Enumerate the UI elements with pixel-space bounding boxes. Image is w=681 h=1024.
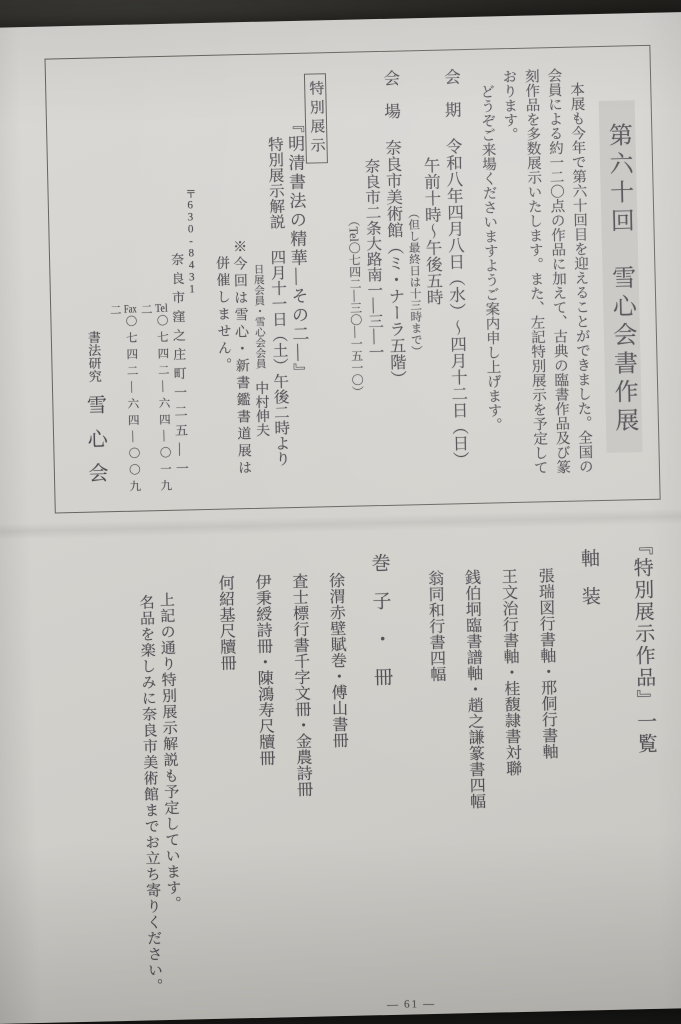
title-highlight-bar: 第六十回 雪心会書作展 bbox=[599, 100, 643, 452]
category-heading: 軸 装 bbox=[571, 524, 614, 1003]
org-name-large: 雪心会 bbox=[83, 394, 107, 496]
venue-label: 会 場 bbox=[381, 70, 401, 120]
venue-name: 奈良市美術館（ミ・ナーラ五階） bbox=[382, 139, 407, 387]
org-tel-number: 〇七四二―六四―〇一九二 bbox=[140, 303, 172, 496]
lecturer-name: 中村伸夫 bbox=[253, 381, 269, 437]
session-label: 会 期 bbox=[441, 68, 461, 118]
column-gap bbox=[93, 383, 94, 395]
org-fax-number: 〇七四二―六四―〇〇九二 bbox=[109, 304, 141, 497]
lecture-label: 特別展示解説 bbox=[266, 136, 285, 229]
page-number: 61 bbox=[383, 998, 440, 1011]
lecturer-title: 日展会員・雪心会会員 bbox=[252, 264, 265, 369]
column-gap bbox=[275, 229, 276, 249]
column-gap bbox=[259, 369, 260, 381]
announcement-box: 第六十回 雪心会書作展 本展も今年で第六十回目を迎えることができました。全国の … bbox=[45, 45, 661, 514]
column-gap bbox=[390, 119, 391, 139]
photo-background: { "photo": { "page_number": "61" }, "box… bbox=[0, 0, 681, 1024]
org-name-small: 書法研究 bbox=[86, 330, 102, 382]
category-heading: 巻 子 ・ 冊 bbox=[361, 529, 404, 1008]
column-gap bbox=[451, 118, 452, 138]
works-list: 『特別展示作品』一覧 軸 装 張瑞図行書軸・邢侗行書軸 王文治行書軸・桂馥隷書対… bbox=[35, 523, 666, 1015]
page-content: 第六十回 雪心会書作展 本展も今年で第六十回目を迎えることができました。全国の … bbox=[0, 0, 681, 1024]
org-tel-label: Tel bbox=[155, 303, 167, 315]
works-list-heading: 『特別展示作品』一覧 bbox=[625, 523, 666, 1002]
exhibition-notice-page: 第六十回 雪心会書作展 本展も今年で第六十回目を迎えることができました。全国の … bbox=[0, 12, 681, 1024]
special-exhibit-label: 特別展示 bbox=[304, 73, 328, 163]
org-fax-label: Fax bbox=[124, 304, 136, 316]
exhibition-title: 第六十回 雪心会書作展 bbox=[597, 60, 644, 486]
